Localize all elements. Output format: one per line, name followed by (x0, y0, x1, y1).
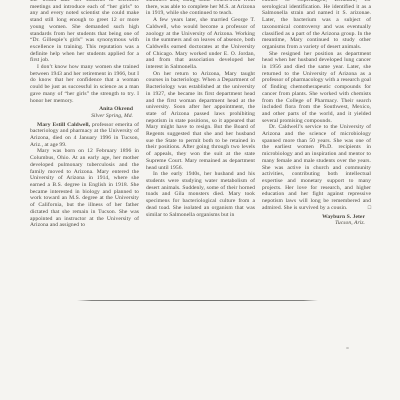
paragraph: In the early 1940s, her husband and his … (146, 171, 255, 218)
signature-block: Wayburn S. Jeter Tucson, Ariz. (262, 214, 371, 227)
horizontal-divider-rule (77, 300, 318, 301)
paragraph: A few years later, she married George T.… (146, 17, 255, 71)
end-of-article-marker: □ (361, 205, 371, 212)
signature-place: Tucson, Ariz. (262, 220, 365, 227)
scan-noise-speck (346, 347, 349, 349)
paragraph: Mary Estill Caldwell, professor emerita … (30, 122, 139, 149)
column-middle: summers and, using some coursework from … (146, 0, 255, 229)
paragraph-text: Dr. Caldwell’s service to the University… (262, 124, 371, 210)
paragraph: She resigned her position as department … (262, 51, 371, 125)
scanned-obituary-page: she would take her students to scientifi… (0, 0, 400, 400)
signature-place: Silver Spring, Md. (30, 113, 133, 120)
paragraph: summers and, using some coursework from … (146, 0, 255, 17)
paragraph: she would take her students to scientifi… (30, 0, 139, 64)
column-right: culture to Copenhagen, Denmark, for sero… (262, 0, 371, 229)
paragraph: Mary was born on 12 February 1896 in Col… (30, 148, 139, 228)
paragraph: Dr. Caldwell’s service to the University… (262, 124, 371, 211)
paragraph: culture to Copenhagen, Denmark, for sero… (262, 0, 371, 51)
paragraph: I don’t know how many women she trained … (30, 64, 139, 104)
text-columns: she would take her students to scientifi… (30, 0, 370, 229)
signature-name: Wayburn S. Jeter (262, 214, 365, 221)
signature-block: Anita Okrend Silver Spring, Md. (30, 106, 139, 119)
signature-name: Anita Okrend (30, 106, 133, 113)
column-left: she would take her students to scientifi… (30, 0, 139, 229)
obituary-subject-name: Mary Estill Caldwell, (37, 122, 90, 128)
paragraph: On her return to Arizona, Mary taught co… (146, 71, 255, 172)
